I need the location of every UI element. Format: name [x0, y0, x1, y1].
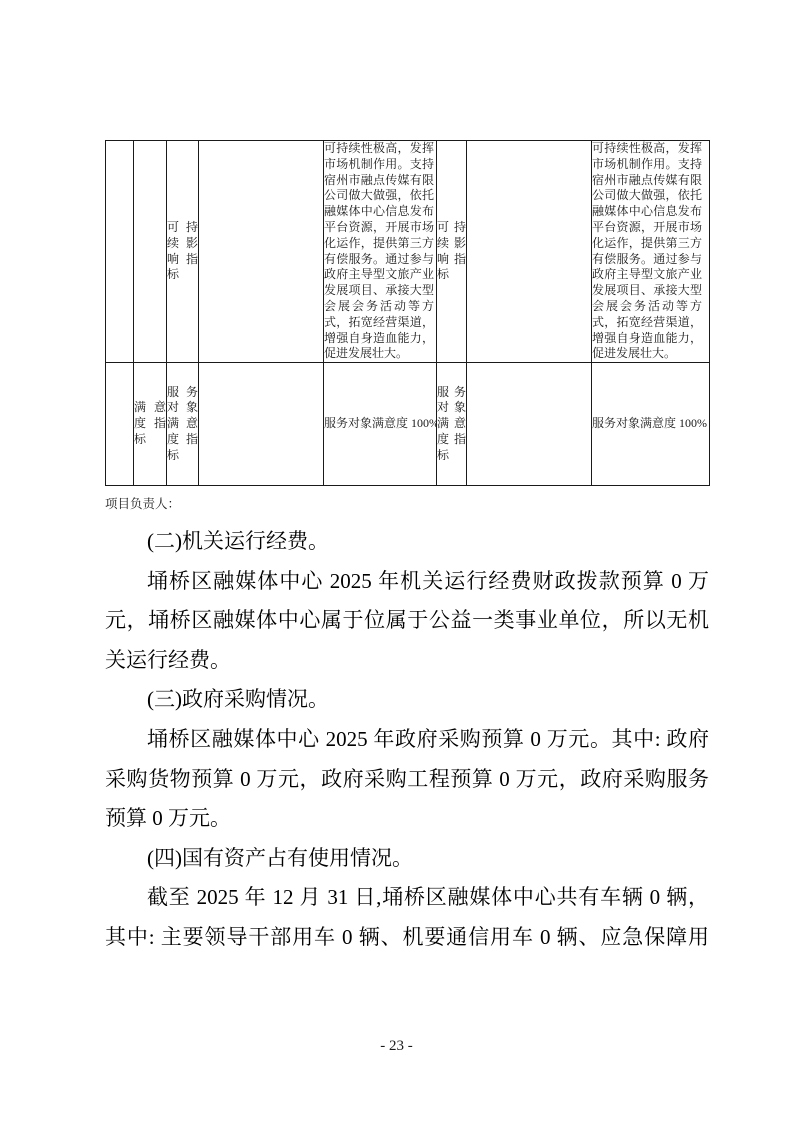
body-line: 截至 2025 年 12 月 31 日,埇桥区融媒体中心共有车辆 0 辆， [105, 878, 709, 918]
document-page: 可持续影响指标 可持续性极高，发挥市场机制作用。支持宿州市融点传媒有限公司做大做… [0, 0, 793, 1122]
sustainability-description-text-left: 可持续性极高，发挥市场机制作用。支持宿州市融点传媒有限公司做大做强，依托融媒体中… [324, 141, 434, 362]
table-cell-empty [199, 141, 324, 363]
body-line: 元，埇桥区融媒体中心属于位属于公益一类事业单位，所以无机 [105, 601, 709, 641]
table-cell-empty [106, 141, 134, 363]
table-cell-empty [134, 141, 167, 363]
satisfaction-category-label: 满意度指标 [134, 363, 167, 486]
table-cell-empty [467, 141, 592, 363]
table-cell-empty [199, 363, 324, 486]
project-manager-note: 项目负责人： [105, 494, 180, 512]
satisfaction-indicator-label-right: 服务对象满意度指标 [437, 363, 467, 486]
table-row-satisfaction: 满意度指标 服务对象满意度指标 服务对象满意度 100% 服务对象满意度指标 服… [106, 363, 710, 486]
performance-table-wrap: 可持续影响指标 可持续性极高，发挥市场机制作用。支持宿州市融点传媒有限公司做大做… [105, 140, 710, 486]
body-line: 预算 0 万元。 [105, 799, 709, 839]
page-number: - 23 - [0, 1038, 793, 1055]
section-heading-3: (三)政府采购情况。 [105, 680, 709, 720]
sustainability-description-cell-right: 可持续性极高，发挥市场机制作用。支持宿州市融点传媒有限公司做大做强，依托融媒体中… [592, 141, 710, 363]
body-line: 埇桥区融媒体中心 2025 年政府采购预算 0 万元。其中: 政府 [105, 720, 709, 760]
document-body: (二)机关运行经费。 埇桥区融媒体中心 2025 年机关运行经费财政拨款预算 0… [105, 522, 709, 958]
sustainability-indicator-label-right: 可持续影响指标 [437, 141, 467, 363]
satisfaction-value-right: 服务对象满意度 100% [592, 363, 710, 486]
satisfaction-indicator-label-left: 服务对象满意度指标 [167, 363, 199, 486]
body-line: 其中: 主要领导干部用车 0 辆、机要通信用车 0 辆、应急保障用 [105, 918, 709, 958]
body-line: 关运行经费。 [105, 641, 709, 681]
sustainability-description-cell-left: 可持续性极高，发挥市场机制作用。支持宿州市融点传媒有限公司做大做强，依托融媒体中… [324, 141, 437, 363]
body-line: 采购货物预算 0 万元，政府采购工程预算 0 万元，政府采购服务 [105, 760, 709, 800]
sustainability-description-text-right: 可持续性极高，发挥市场机制作用。支持宿州市融点传媒有限公司做大做强，依托融媒体中… [592, 141, 702, 362]
performance-indicators-table: 可持续影响指标 可持续性极高，发挥市场机制作用。支持宿州市融点传媒有限公司做大做… [105, 140, 710, 486]
table-cell-empty [467, 363, 592, 486]
section-heading-2: (二)机关运行经费。 [105, 522, 709, 562]
table-row-sustainability: 可持续影响指标 可持续性极高，发挥市场机制作用。支持宿州市融点传媒有限公司做大做… [106, 141, 710, 363]
section-heading-4: (四)国有资产占有使用情况。 [105, 839, 709, 879]
table-cell-empty [106, 363, 134, 486]
body-line: 埇桥区融媒体中心 2025 年机关运行经费财政拨款预算 0 万 [105, 562, 709, 602]
sustainability-indicator-label-left: 可持续影响指标 [167, 141, 199, 363]
satisfaction-value-left: 服务对象满意度 100% [324, 363, 437, 486]
